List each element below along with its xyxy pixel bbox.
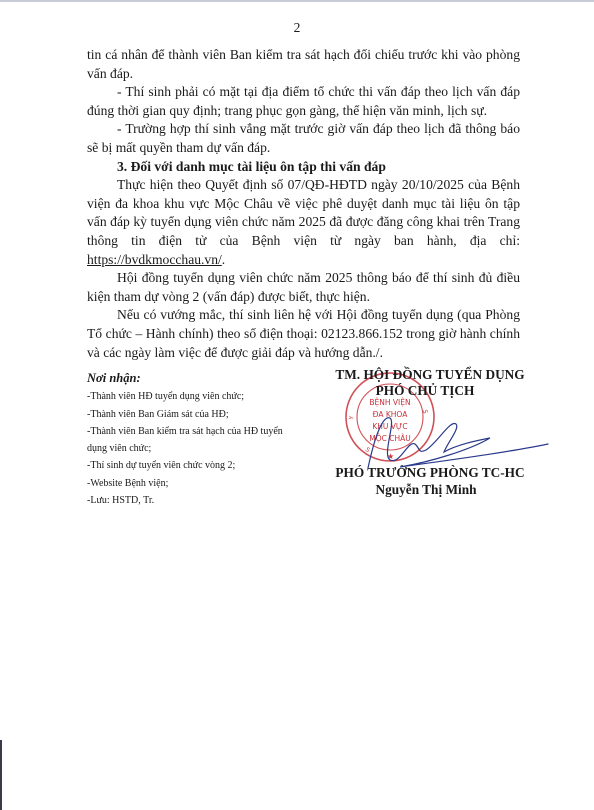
signature-position: PHÓ CHỦ TỊCH bbox=[290, 383, 560, 399]
viewer-left-edge bbox=[0, 740, 2, 810]
signature-authority: TM. HỘI ĐỒNG TUYỂN DỤNG bbox=[300, 367, 560, 383]
signature-block: TM. HỘI ĐỒNG TUYỂN DỤNG PHÓ CHỦ TỊCH bbox=[300, 367, 560, 399]
recipient-item: dụng viên chức; bbox=[87, 440, 287, 457]
paragraph-6: Nếu có vướng mắc, thí sinh liên hệ với H… bbox=[87, 306, 520, 362]
website-link[interactable]: https://bvdkmocchau.vn/ bbox=[87, 252, 222, 267]
recipient-item: -Thành viên HĐ tuyển dụng viên chức; bbox=[87, 388, 287, 405]
handwritten-signature-icon bbox=[360, 410, 550, 470]
paragraph-4-end: . bbox=[222, 252, 225, 267]
svg-text:Y: Y bbox=[348, 415, 356, 421]
paragraph-4: Thực hiện theo Quyết định số 07/QĐ-HĐTD … bbox=[87, 176, 520, 269]
recipient-item: -Website Bệnh viện; bbox=[87, 475, 287, 492]
stamp-line: BỆNH VIỆN bbox=[369, 398, 410, 407]
recipient-item: -Thí sinh dự tuyển viên chức vòng 2; bbox=[87, 457, 287, 474]
recipients-block: Nơi nhận: -Thành viên HĐ tuyển dụng viên… bbox=[87, 370, 287, 509]
recipient-item: -Lưu: HSTD, Tr. bbox=[87, 492, 287, 509]
signer-name: Nguyễn Thị Minh bbox=[296, 482, 556, 498]
section-heading-3: 3. Đối với danh mục tài liệu ôn tập thi … bbox=[87, 158, 520, 177]
document-body: tin cá nhân để thành viên Ban kiểm tra s… bbox=[87, 46, 520, 362]
paragraph-1: tin cá nhân để thành viên Ban kiểm tra s… bbox=[87, 46, 520, 83]
paragraph-3: - Trường hợp thí sinh vắng mặt trước giờ… bbox=[87, 120, 520, 157]
recipient-item: -Thành viên Ban Giám sát của HĐ; bbox=[87, 406, 287, 423]
paragraph-2: - Thí sinh phải có mặt tại địa điểm tổ c… bbox=[87, 83, 520, 120]
recipients-title: Nơi nhận: bbox=[87, 370, 287, 387]
page-number: 2 bbox=[0, 20, 594, 36]
paragraph-5: Hội đồng tuyển dụng viên chức năm 2025 t… bbox=[87, 269, 520, 306]
viewer-top-border bbox=[0, 0, 594, 2]
paragraph-4-text: Thực hiện theo Quyết định số 07/QĐ-HĐTD … bbox=[87, 177, 520, 248]
recipient-item: -Thành viên Ban kiểm tra sát hạch của HĐ… bbox=[87, 423, 287, 440]
